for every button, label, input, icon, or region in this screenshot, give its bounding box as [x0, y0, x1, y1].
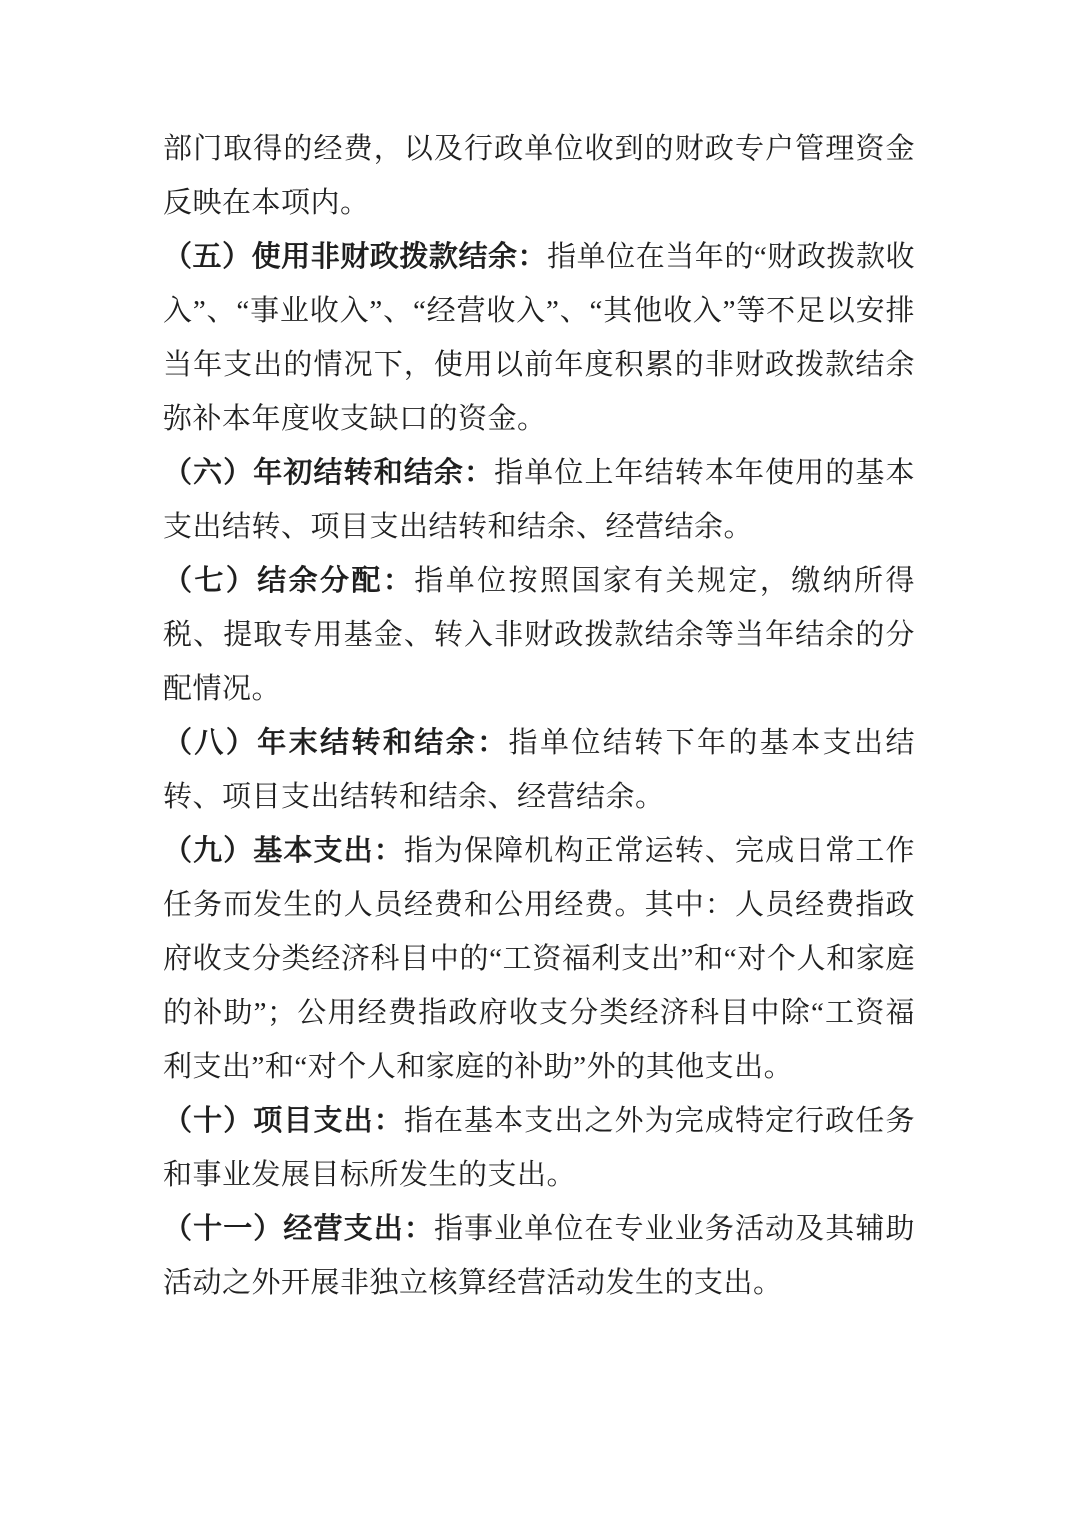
definition-item-11: （十一）经营支出：指事业单位在专业业务活动及其辅助活动之外开展非独立核算经营活动…: [163, 1202, 915, 1310]
definition-term: （九）基本支出：: [163, 835, 404, 867]
definition-item-7: （七）结余分配：指单位按照国家有关规定，缴纳所得税、提取专用基金、转入非财政拨款…: [163, 554, 915, 716]
definition-item-5: （五）使用非财政拨款结余：指单位在当年的“财政拨款收入”、“事业收入”、“经营收…: [163, 230, 915, 446]
definition-term: （五）使用非财政拨款结余：: [163, 241, 547, 273]
definition-item-10: （十）项目支出：指在基本支出之外为完成特定行政任务和事业发展目标所发生的支出。: [163, 1094, 915, 1202]
definition-item-8: （八）年末结转和结余：指单位结转下年的基本支出结转、项目支出结转和结余、经营结余…: [163, 716, 915, 824]
definition-term: （十）项目支出：: [163, 1105, 404, 1137]
definition-term: （八）年末结转和结余：: [163, 727, 509, 759]
definition-item-9: （九）基本支出：指为保障机构正常运转、完成日常工作任务而发生的人员经费和公用经费…: [163, 824, 915, 1094]
document-page: 部门取得的经费，以及行政单位收到的财政专户管理资金反映在本项内。 （五）使用非财…: [0, 0, 1074, 1520]
paragraph-continuation: 部门取得的经费，以及行政单位收到的财政专户管理资金反映在本项内。: [163, 122, 915, 230]
definition-term: （十一）经营支出：: [163, 1213, 434, 1245]
definition-item-6: （六）年初结转和结余：指单位上年结转本年使用的基本支出结转、项目支出结转和结余、…: [163, 446, 915, 554]
definition-body: 指为保障机构正常运转、完成日常工作任务而发生的人员经费和公用经费。其中：人员经费…: [163, 835, 915, 1083]
paragraph-body: 部门取得的经费，以及行政单位收到的财政专户管理资金反映在本项内。: [163, 133, 915, 219]
definition-term: （六）年初结转和结余：: [163, 457, 494, 489]
document-text-block: 部门取得的经费，以及行政单位收到的财政专户管理资金反映在本项内。 （五）使用非财…: [163, 122, 915, 1310]
definition-term: （七）结余分配：: [163, 565, 414, 597]
